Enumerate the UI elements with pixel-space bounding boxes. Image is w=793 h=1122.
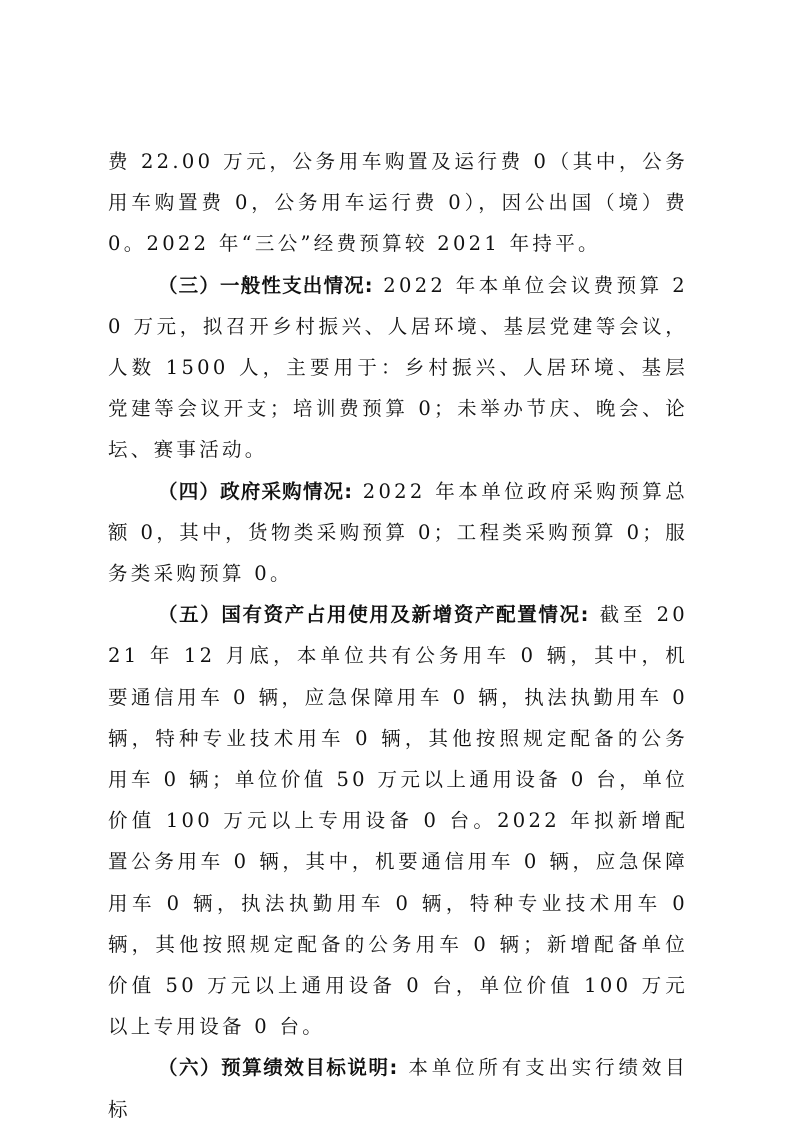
section-heading-government-procurement: （四）政府采购情况: [158, 480, 353, 503]
paragraph-body: 2022 年本单位会议费预算 20 万元，拟召开乡村振兴、人居环境、基层党建等会… [108, 274, 688, 462]
paragraph-body: 截至 2021 年 12 月底，本单位共有公务用车 0 辆，其中，机要通信用车 … [108, 603, 688, 1038]
section-heading-performance-goals: （六）预算绩效目标说明: [158, 1056, 398, 1079]
paragraph-general-expenditure: （三）一般性支出情况: 2022 年本单位会议费预算 20 万元，拟召开乡村振兴… [108, 265, 688, 471]
paragraph-performance-goals: （六）预算绩效目标说明: 本单位所有支出实行绩效目标 [108, 1047, 688, 1122]
section-heading-general-expenditure: （三）一般性支出情况: [158, 274, 374, 297]
paragraph-state-assets: （五）国有资产占用使用及新增资产配置情况: 截至 2021 年 12 月底，本单… [108, 594, 688, 1047]
paragraph-government-procurement: （四）政府采购情况: 2022 年本单位政府采购预算总额 0，其中，货物类采购预… [108, 471, 688, 595]
paragraph-three-public-funds-continuation: 费 22.00 万元，公务用车购置及运行费 0（其中，公务用车购置费 0，公务用… [108, 141, 688, 265]
document-page: 费 22.00 万元，公务用车购置及运行费 0（其中，公务用车购置费 0，公务用… [108, 141, 688, 1122]
section-heading-state-assets: （五）国有资产占用使用及新增资产配置情况: [158, 603, 589, 626]
